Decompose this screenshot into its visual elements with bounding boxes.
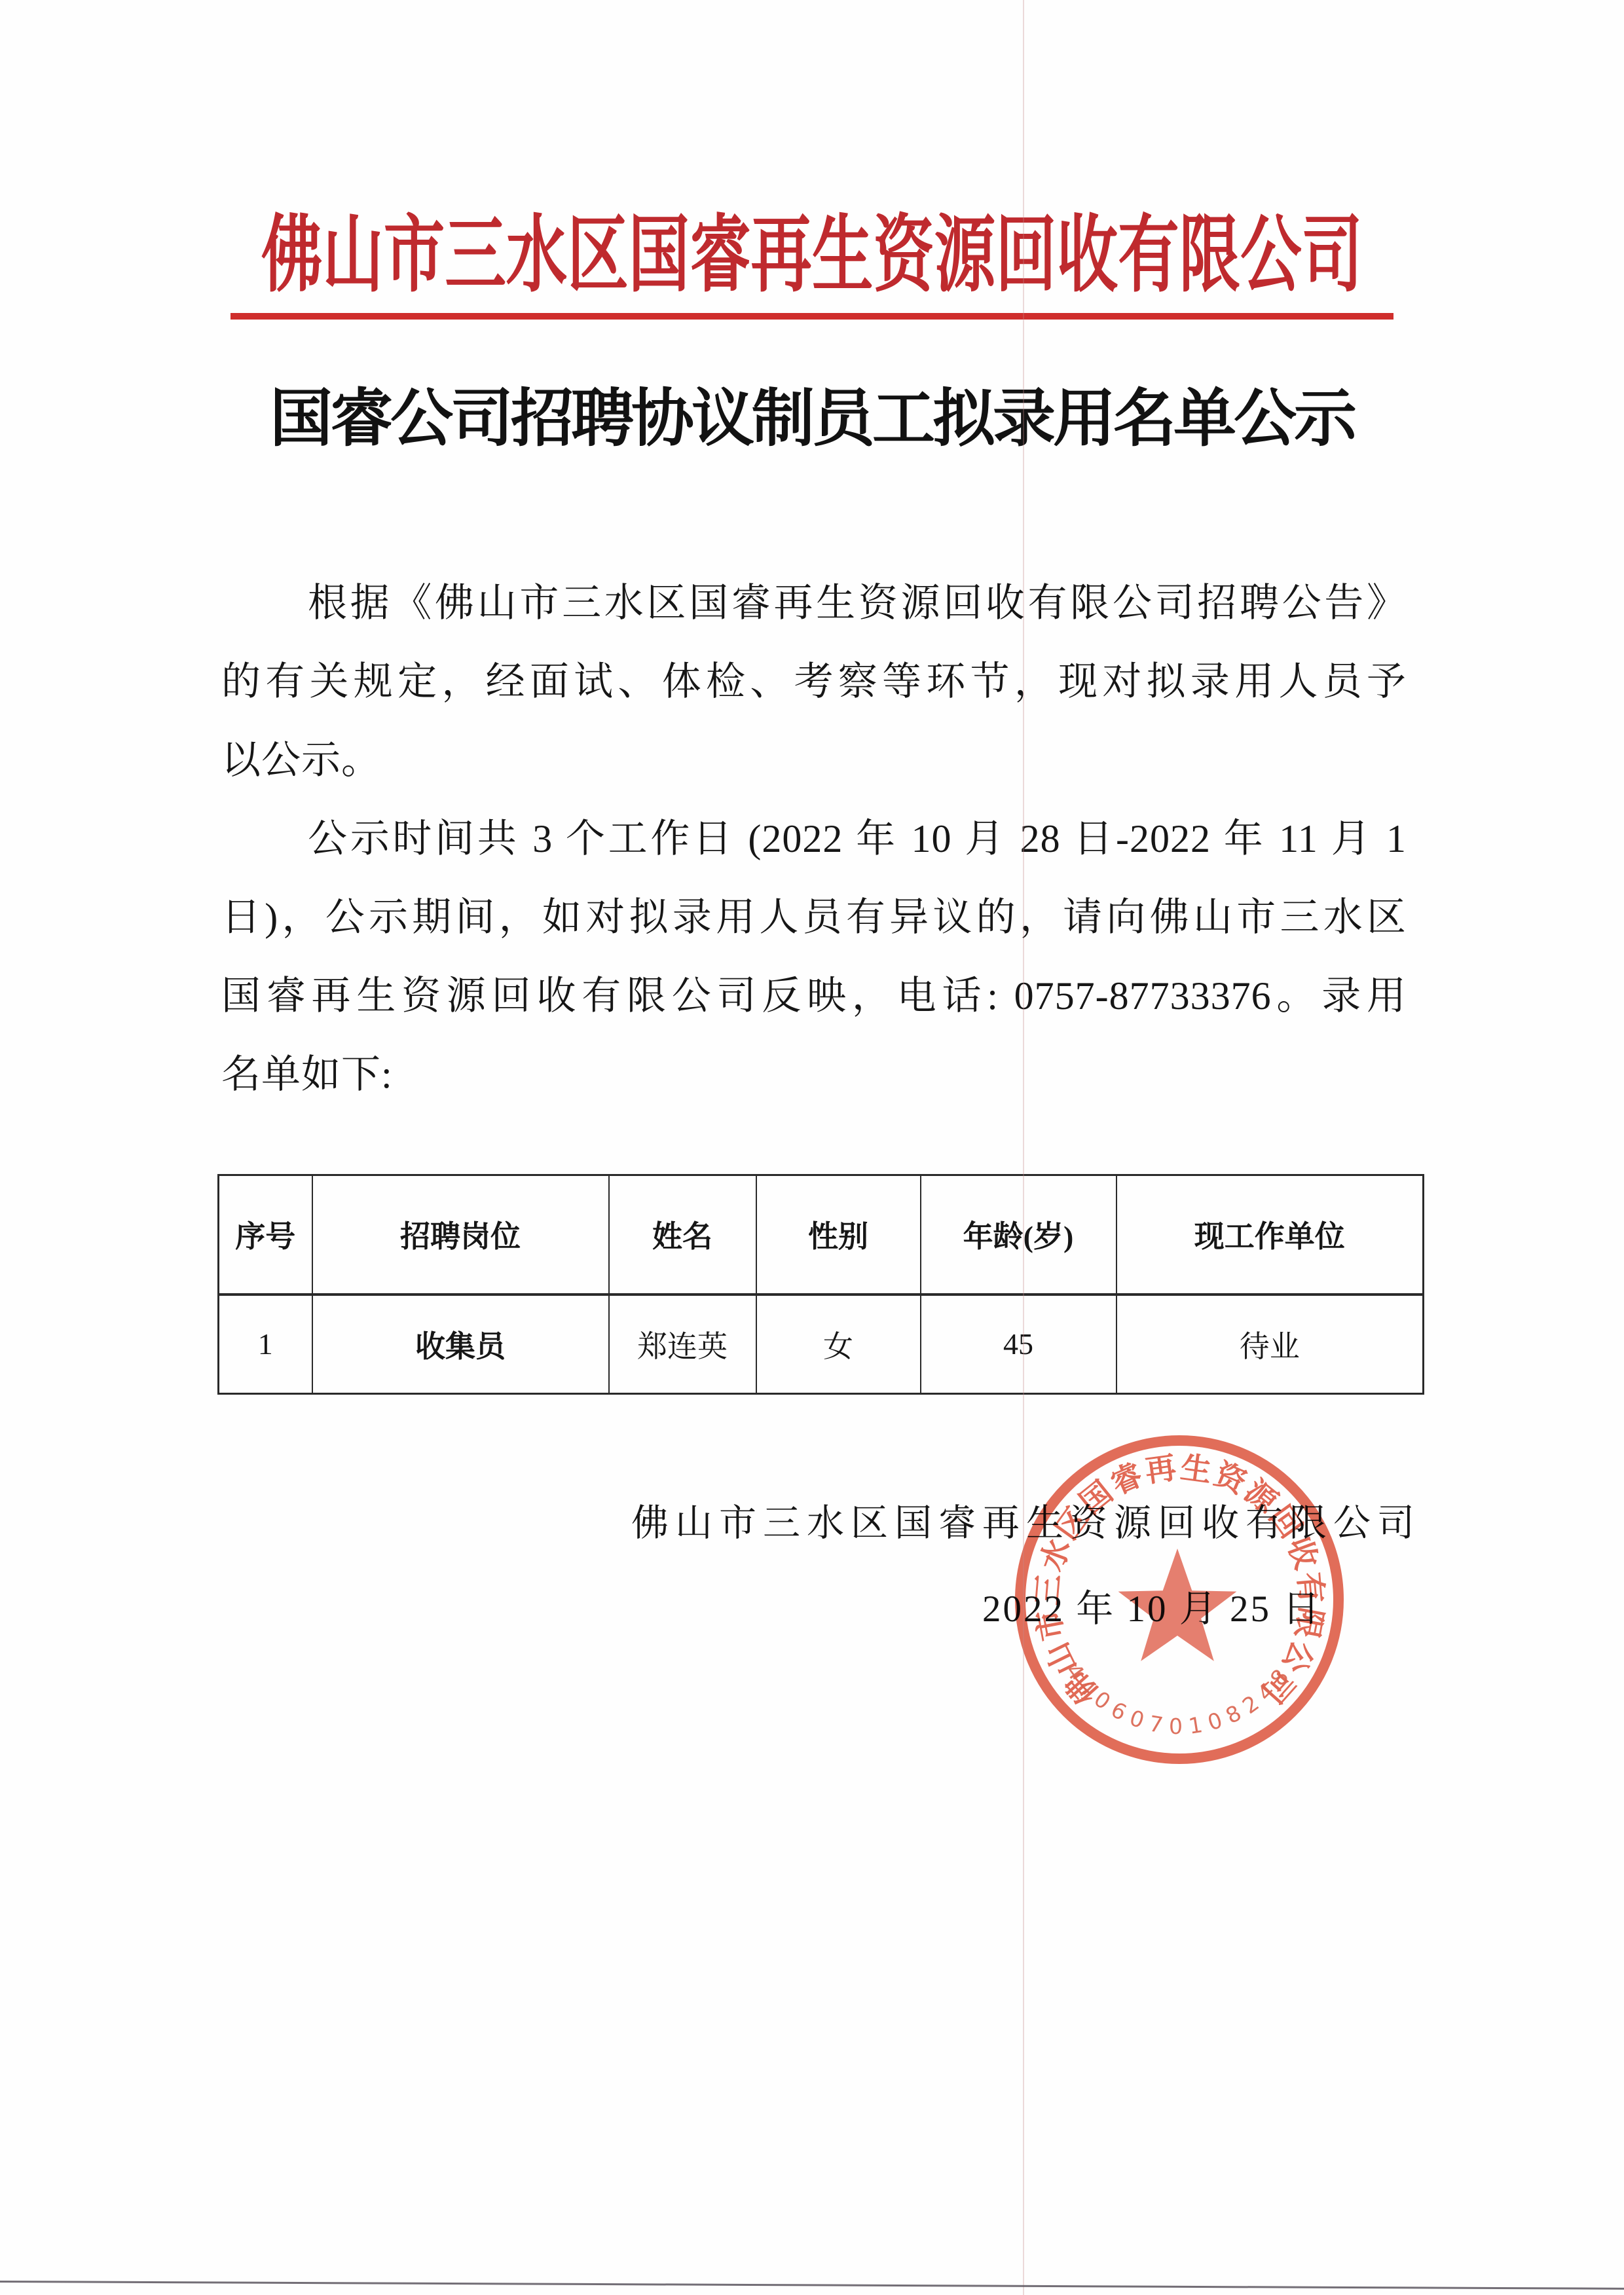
hiring-roster-table: 序号 招聘岗位 姓名 性别 年龄(岁) 现工作单位 1 收集员 郑连英 女 45…	[217, 1174, 1424, 1395]
scan-edge-line	[0, 2281, 1624, 2290]
paragraph2-line2: 日)，公示期间，如对拟录用人员有异议的，请向佛山市三水区	[221, 878, 1407, 957]
paragraph2-line3: 国睿再生资源回收有限公司反映，电话: 0757-87733376。录用	[221, 957, 1407, 1035]
col-header-serial: 序号	[219, 1175, 312, 1294]
scan-fold-line	[1023, 0, 1024, 2295]
paragraph1-line1: 根据《佛山市三水区国睿再生资源回收有限公司招聘公告》	[221, 564, 1407, 642]
cell-gender: 女	[756, 1294, 921, 1394]
paragraph2-line4: 名单如下:	[221, 1035, 1407, 1114]
announcement-body: 根据《佛山市三水区国睿再生资源回收有限公司招聘公告》 的有关规定，经面试、体检、…	[221, 564, 1407, 1114]
col-header-age: 年龄(岁)	[921, 1175, 1116, 1294]
col-header-current-employer: 现工作单位	[1116, 1175, 1424, 1294]
paragraph1-line3: 以公示。	[221, 721, 1407, 799]
company-letterhead-title: 佛山市三水区国睿再生资源回收有限公司	[219, 210, 1405, 301]
cell-position: 收集员	[312, 1294, 609, 1394]
paragraph2-line1: 公示时间共 3 个工作日 (2022 年 10 月 28 日-2022 年 11…	[221, 799, 1407, 878]
col-header-gender: 性别	[756, 1175, 921, 1294]
letterhead-divider-rule	[231, 313, 1393, 320]
col-header-name: 姓名	[609, 1175, 756, 1294]
scanned-document-page: 佛山市三水区国睿再生资源回收有限公司 国睿公司招聘协议制员工拟录用名单公示 根据…	[0, 0, 1624, 2295]
col-header-position: 招聘岗位	[312, 1175, 609, 1294]
announcement-title: 国睿公司招聘协议制员工拟录用名单公示	[0, 376, 1624, 462]
official-red-seal: 佛山市三水区国睿再生资源回收有限公司 4406070108248	[1012, 1433, 1346, 1767]
seal-star-icon	[1118, 1549, 1237, 1661]
cell-age: 45	[921, 1294, 1116, 1394]
cell-name: 郑连英	[609, 1294, 756, 1394]
paragraph1-line2: 的有关规定，经面试、体检、考察等环节，现对拟录用人员予	[221, 642, 1407, 721]
table-header-row: 序号 招聘岗位 姓名 性别 年龄(岁) 现工作单位	[219, 1175, 1424, 1294]
cell-current-employer: 待业	[1116, 1294, 1424, 1394]
cell-serial: 1	[219, 1294, 312, 1394]
seal-serial-number: 4406070108248	[1061, 1659, 1298, 1739]
table-row: 1 收集员 郑连英 女 45 待业	[219, 1294, 1424, 1394]
